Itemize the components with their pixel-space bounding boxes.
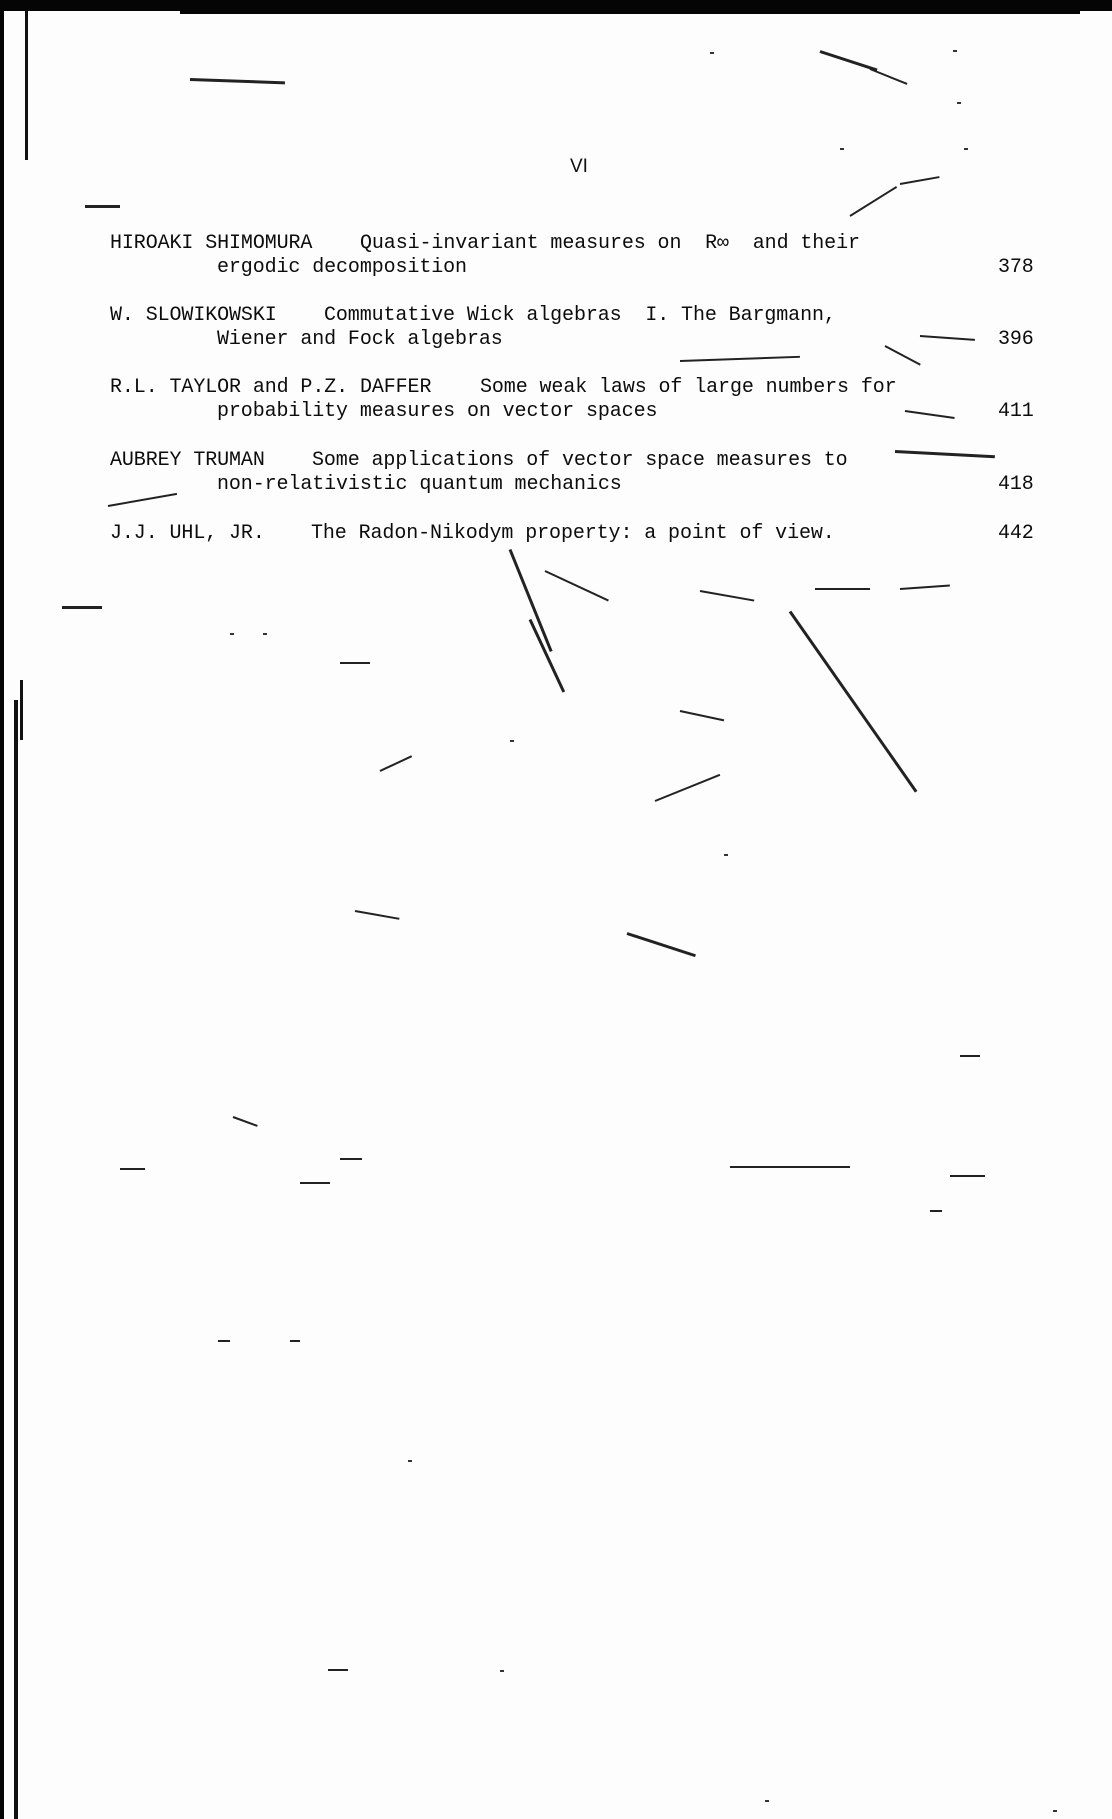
scan-scratch (680, 710, 724, 721)
scan-scratch (340, 662, 370, 664)
scan-scratch (545, 570, 609, 601)
scan-speck (765, 1800, 769, 1802)
scanned-page: VI HIROAKI SHIMOMURA Quasi-invariant mea… (0, 0, 1112, 1819)
scan-scratch (930, 1210, 942, 1212)
entry-page-number: 442 (998, 522, 1034, 546)
entry-author: J.J. UHL, JR. (110, 522, 265, 546)
scan-scratch (870, 68, 908, 85)
scan-scratch (885, 345, 921, 366)
scan-scratch (233, 1116, 258, 1127)
scan-scratch (328, 1669, 348, 1671)
entry-title-line1: Quasi-invariant measures on R∞ and their (360, 232, 860, 256)
scan-scratch (849, 186, 897, 217)
scan-speck (710, 52, 714, 54)
scan-speck (724, 854, 728, 856)
scan-scratch (108, 493, 177, 507)
scan-binding-line (25, 10, 28, 160)
entry-title-line1: Commutative Wick algebras I. The Bargman… (324, 304, 836, 328)
scan-scratch (730, 1166, 850, 1168)
page-number-roman: VI (570, 156, 588, 178)
scan-scratch (900, 176, 940, 185)
scan-speck (953, 50, 957, 52)
scan-scratch (920, 335, 975, 341)
scan-scratch (895, 450, 995, 458)
scan-top-border (0, 0, 1112, 11)
scan-scratch (120, 1168, 145, 1170)
entry-page-number: 396 (998, 328, 1034, 352)
entry-title-line1: Some applications of vector space measur… (312, 449, 848, 473)
scan-speck (964, 148, 968, 150)
entry-author: R.L. TAYLOR and P.Z. DAFFER (110, 376, 431, 400)
entry-title-line2: Wiener and Fock algebras (217, 328, 503, 352)
scan-scratch (62, 606, 102, 609)
scan-binding-line (14, 700, 18, 1819)
entry-page-number: 418 (998, 473, 1034, 497)
scan-scratch (218, 1340, 230, 1342)
scan-scratch (190, 78, 285, 84)
scan-scratch (300, 1182, 330, 1184)
entry-author: AUBREY TRUMAN (110, 449, 265, 473)
scan-speck (500, 1670, 504, 1672)
scan-scratch (85, 205, 120, 208)
scan-scratch (815, 588, 870, 590)
scan-scratch (355, 910, 400, 920)
scan-speck (1053, 1810, 1057, 1812)
entry-title-line2: ergodic decomposition (217, 256, 467, 280)
scan-scratch (380, 755, 413, 772)
scan-binding-line (20, 680, 23, 740)
entry-title-line2: probability measures on vector spaces (217, 400, 657, 424)
scan-scratch (509, 549, 553, 652)
scan-speck (510, 740, 514, 742)
scan-scratch (340, 1158, 362, 1160)
scan-left-border (0, 0, 4, 1819)
scan-scratch (655, 774, 721, 802)
entry-author: W. SLOWIKOWSKI (110, 304, 277, 328)
scan-scratch (900, 585, 950, 590)
scan-scratch (700, 590, 755, 602)
scan-top-border-edge (180, 11, 1080, 14)
entry-author: HIROAKI SHIMOMURA (110, 232, 312, 256)
scan-speck (230, 633, 234, 635)
entry-title-line2: non-relativistic quantum mechanics (217, 473, 622, 497)
entry-title-line1: Some weak laws of large numbers for (480, 376, 897, 400)
scan-scratch (960, 1055, 980, 1057)
entry-page-number: 378 (998, 256, 1034, 280)
scan-speck (957, 102, 961, 104)
scan-speck (263, 633, 267, 635)
scan-scratch (529, 619, 566, 693)
scan-scratch (950, 1175, 985, 1177)
scan-speck (408, 1460, 412, 1462)
entry-page-number: 411 (998, 400, 1034, 424)
scan-scratch (905, 410, 955, 419)
entry-title-line1: The Radon-Nikodym property: a point of v… (311, 522, 835, 546)
scan-scratch (627, 932, 696, 957)
scan-speck (840, 148, 844, 150)
scan-scratch (680, 356, 800, 362)
scan-scratch (820, 50, 878, 71)
scan-scratch (789, 611, 918, 793)
scan-scratch (290, 1340, 300, 1342)
